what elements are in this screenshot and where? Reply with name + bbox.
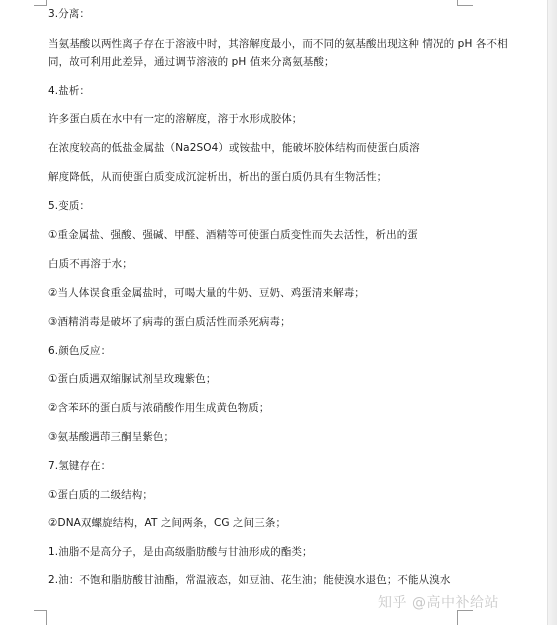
list-item: 1.油脂不是高分子，是由高级脂肪酸与甘油形成的酯类； — [48, 546, 313, 559]
section-heading-separation: 3.分离： — [48, 8, 90, 21]
section-heading-salting-out: 4.盐析： — [48, 85, 90, 98]
margin-corner-top-right — [457, 0, 473, 6]
paragraph-line: 解度降低，从而使蛋白质变成沉淀析出，析出的蛋白质仍具有生物活性； — [48, 171, 387, 184]
document-page: 3.分离： 当氨基酸以两性离子存在于溶液中时，其溶解度最小，而不同的氨基酸出现这… — [0, 0, 548, 625]
section-heading-denaturation: 5.变质： — [48, 200, 90, 213]
section-heading-hydrogen-bond: 7.氢键存在： — [48, 460, 111, 473]
paragraph-line: 白质不再溶于水； — [48, 258, 133, 271]
list-item: ①蛋白质遇双缩脲试剂呈玫瑰紫色； — [48, 373, 217, 386]
list-item: ①蛋白质的二级结构； — [48, 489, 153, 502]
paragraph-line: 同，故可利用此差异，通过调节溶液的 pH 值来分离氨基酸； — [48, 56, 335, 69]
margin-corner-bottom-left — [34, 610, 47, 625]
list-item: ③氨基酸遇茚三酮呈紫色； — [48, 431, 174, 444]
section-heading-color-reaction: 6.颜色反应： — [48, 345, 111, 358]
list-item: ②DNA双螺旋结构，AT 之间两条，CG 之间三条； — [48, 517, 286, 530]
margin-corner-top-left — [34, 0, 47, 6]
paragraph-line: 许多蛋白质在水中有一定的溶解度，溶于水形成胶体； — [48, 113, 302, 126]
margin-corner-bottom-right — [457, 610, 473, 625]
list-item: ①重金属盐、强酸、强碱、甲醛、酒精等可使蛋白质变性而失去活性，析出的蛋 — [48, 229, 418, 242]
watermark: 知乎 @高中补给站 — [378, 592, 499, 612]
list-item: ②含苯环的蛋白质与浓硝酸作用生成黄色物质； — [48, 402, 270, 415]
paragraph-line: 当氨基酸以两性离子存在于溶液中时，其溶解度最小，而不同的氨基酸出现这种 情况的 … — [48, 38, 508, 51]
list-item: ③酒精消毒是破坏了病毒的蛋白质活性而杀死病毒； — [48, 316, 291, 329]
paragraph-line: 在浓度较高的低盐金属盐（Na2SO4）或铵盐中，能破坏胶体结构而使蛋白质溶 — [48, 142, 420, 155]
page-edge-shadow — [547, 0, 557, 625]
list-item: 2.油：不饱和脂肪酸甘油酯，常温液态，如豆油、花生油；能使溴水退色；不能从溴水 — [48, 574, 450, 587]
list-item: ②当人体误食重金属盐时，可喝大量的牛奶、豆奶、鸡蛋清来解毒； — [48, 287, 365, 300]
